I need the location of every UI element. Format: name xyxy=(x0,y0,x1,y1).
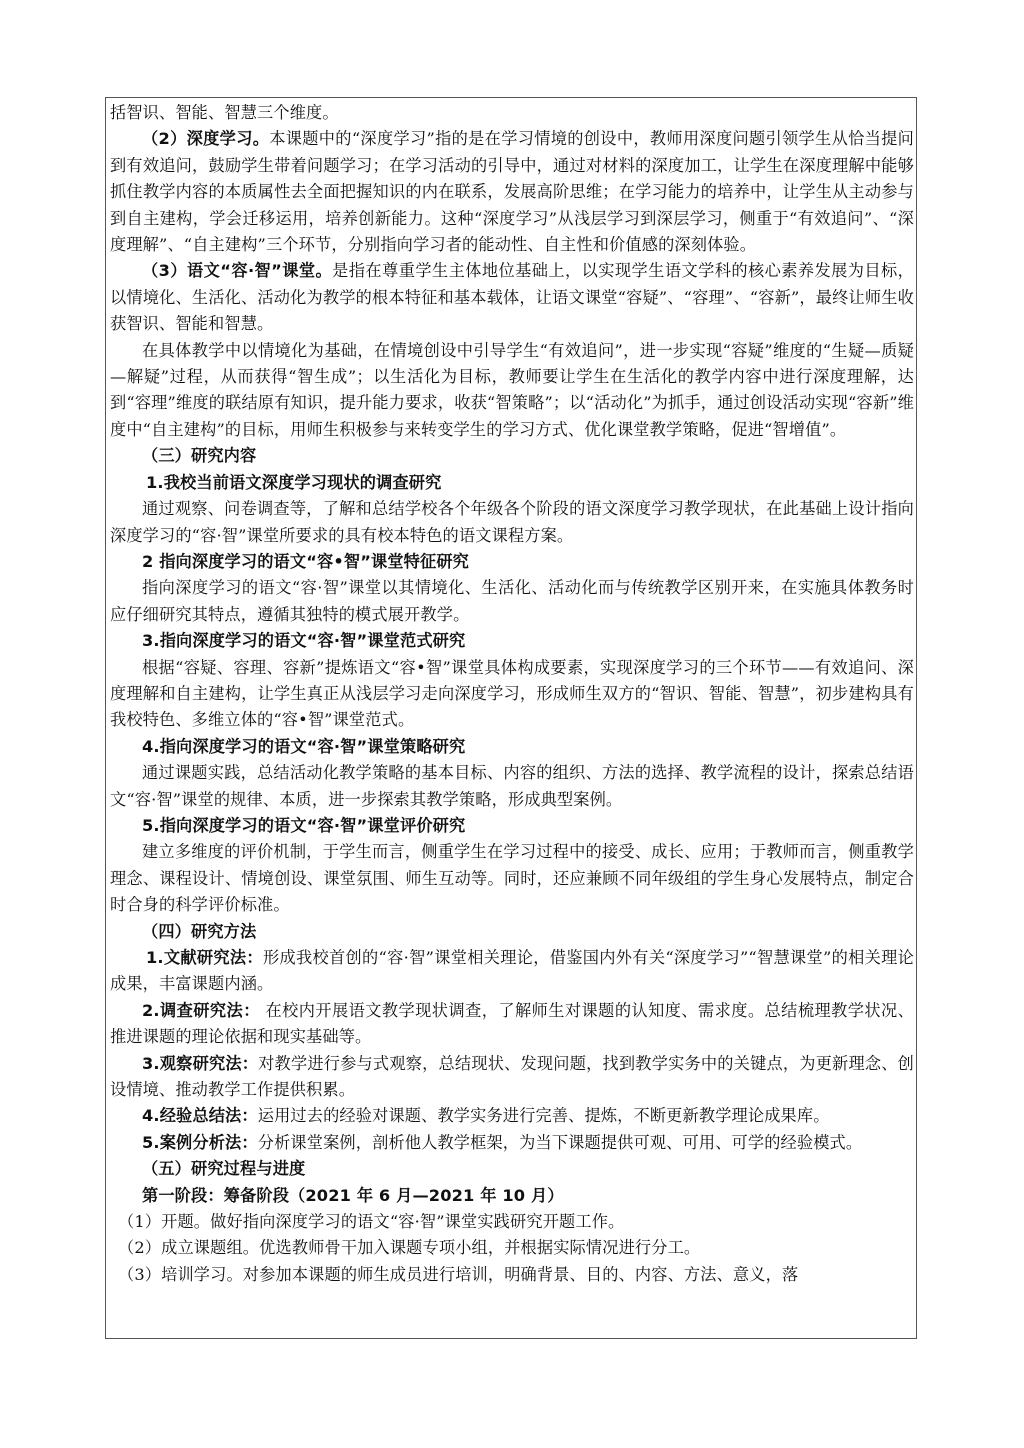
section-heading-research-methods: （四）研究方法 xyxy=(110,919,914,945)
research-item-title: 1.我校当前语文深度学习现状的调查研究 xyxy=(110,470,914,496)
definition-label: （2）深度学习。 xyxy=(142,129,269,148)
research-item-text: 根据“容疑、容理、容新”提炼语文“容•智”课堂具体构成要素，实现深度学习的三个环… xyxy=(110,655,914,734)
section-heading-research-content: （三）研究内容 xyxy=(110,443,914,469)
research-item-text: 建立多维度的评价机制，于学生而言，侧重学生在学习过程中的接受、成长、应用；于教师… xyxy=(110,839,914,918)
research-item-title: 5.指向深度学习的语文“容·智”课堂评价研究 xyxy=(110,813,914,839)
phase-item: （1）开题。做好指向深度学习的语文“容·智”课堂实践研究开题工作。 xyxy=(110,1209,914,1235)
definition-label: （3）语文“容·智”课堂。 xyxy=(142,261,332,280)
method-label: 4.经验总结法： xyxy=(142,1106,258,1125)
definition-rongzhi-classroom: （3）语文“容·智”课堂。是指在尊重学生主体地位基础上，以实现学生语文学科的核心… xyxy=(110,258,914,337)
phase-item: （3）培训学习。对参加本课题的师生成员进行培训，明确背景、目的、内容、方法、意义… xyxy=(110,1262,914,1288)
phase-item: （2）成立课题组。优选教师骨干加入课题专项小组，并根据实际情况进行分工。 xyxy=(110,1235,914,1261)
method-item: 4.经验总结法：运用过去的经验对课题、教学实务进行完善、提炼，不断更新教学理论成… xyxy=(110,1103,914,1129)
section-heading-research-process: （五）研究过程与进度 xyxy=(110,1156,914,1182)
research-item-title: 2 指向深度学习的语文“容•智”课堂特征研究 xyxy=(110,549,914,575)
research-item-title: 4.指向深度学习的语文“容·智”课堂策略研究 xyxy=(110,734,914,760)
research-item-text: 通过观察、问卷调查等，了解和总结学校各个年级各个阶段的语文深度学习教学现状，在此… xyxy=(110,496,914,549)
paragraph-detail: 在具体教学中以情境化为基础，在情境创设中引导学生“有效追问”，进一步实现“容疑”… xyxy=(110,338,914,444)
method-label: 3.观察研究法： xyxy=(142,1054,258,1073)
phase-title: 第一阶段：筹备阶段（2021 年 6 月—2021 年 10 月） xyxy=(110,1183,914,1209)
method-item: 1.文献研究法：形成我校首创的“容·智”课堂相关理论，借鉴国内外有关“深度学习”… xyxy=(110,945,914,998)
method-label: 2.调查研究法： xyxy=(142,1001,260,1020)
method-item: 5.案例分析法：分析课堂案例，剖析他人教学框架，为当下课题提供可观、可用、可学的… xyxy=(110,1130,914,1156)
method-text: 分析课堂案例，剖析他人教学框架，为当下课题提供可观、可用、可学的经验模式。 xyxy=(258,1133,863,1152)
paragraph-continuation: 括智识、智能、智慧三个维度。 xyxy=(110,100,914,126)
research-item-text: 通过课题实践，总结活动化教学策略的基本目标、内容的组织、方法的选择、教学流程的设… xyxy=(110,760,914,813)
definition-deep-learning: （2）深度学习。本课题中的“深度学习”指的是在学习情境的创设中，教师用深度问题引… xyxy=(110,126,914,258)
research-item-title: 3.指向深度学习的语文“容·智”课堂范式研究 xyxy=(110,628,914,654)
research-item-text: 指向深度学习的语文“容·智”课堂以其情境化、生活化、活动化而与传统教学区别开来，… xyxy=(110,575,914,628)
method-text: 运用过去的经验对课题、教学实务进行完善、提炼，不断更新教学理论成果库。 xyxy=(258,1106,830,1125)
method-item: 2.调查研究法： 在校内开展语文教学现状调查，了解师生对课题的认知度、需求度。总… xyxy=(110,998,914,1051)
document-body: 括智识、智能、智慧三个维度。 （2）深度学习。本课题中的“深度学习”指的是在学习… xyxy=(110,100,914,1288)
method-label: 5.案例分析法： xyxy=(142,1133,258,1152)
method-item: 3.观察研究法：对教学进行参与式观察，总结现状、发现问题，找到教学实务中的关键点… xyxy=(110,1051,914,1104)
method-label: 1.文献研究法： xyxy=(146,948,263,967)
